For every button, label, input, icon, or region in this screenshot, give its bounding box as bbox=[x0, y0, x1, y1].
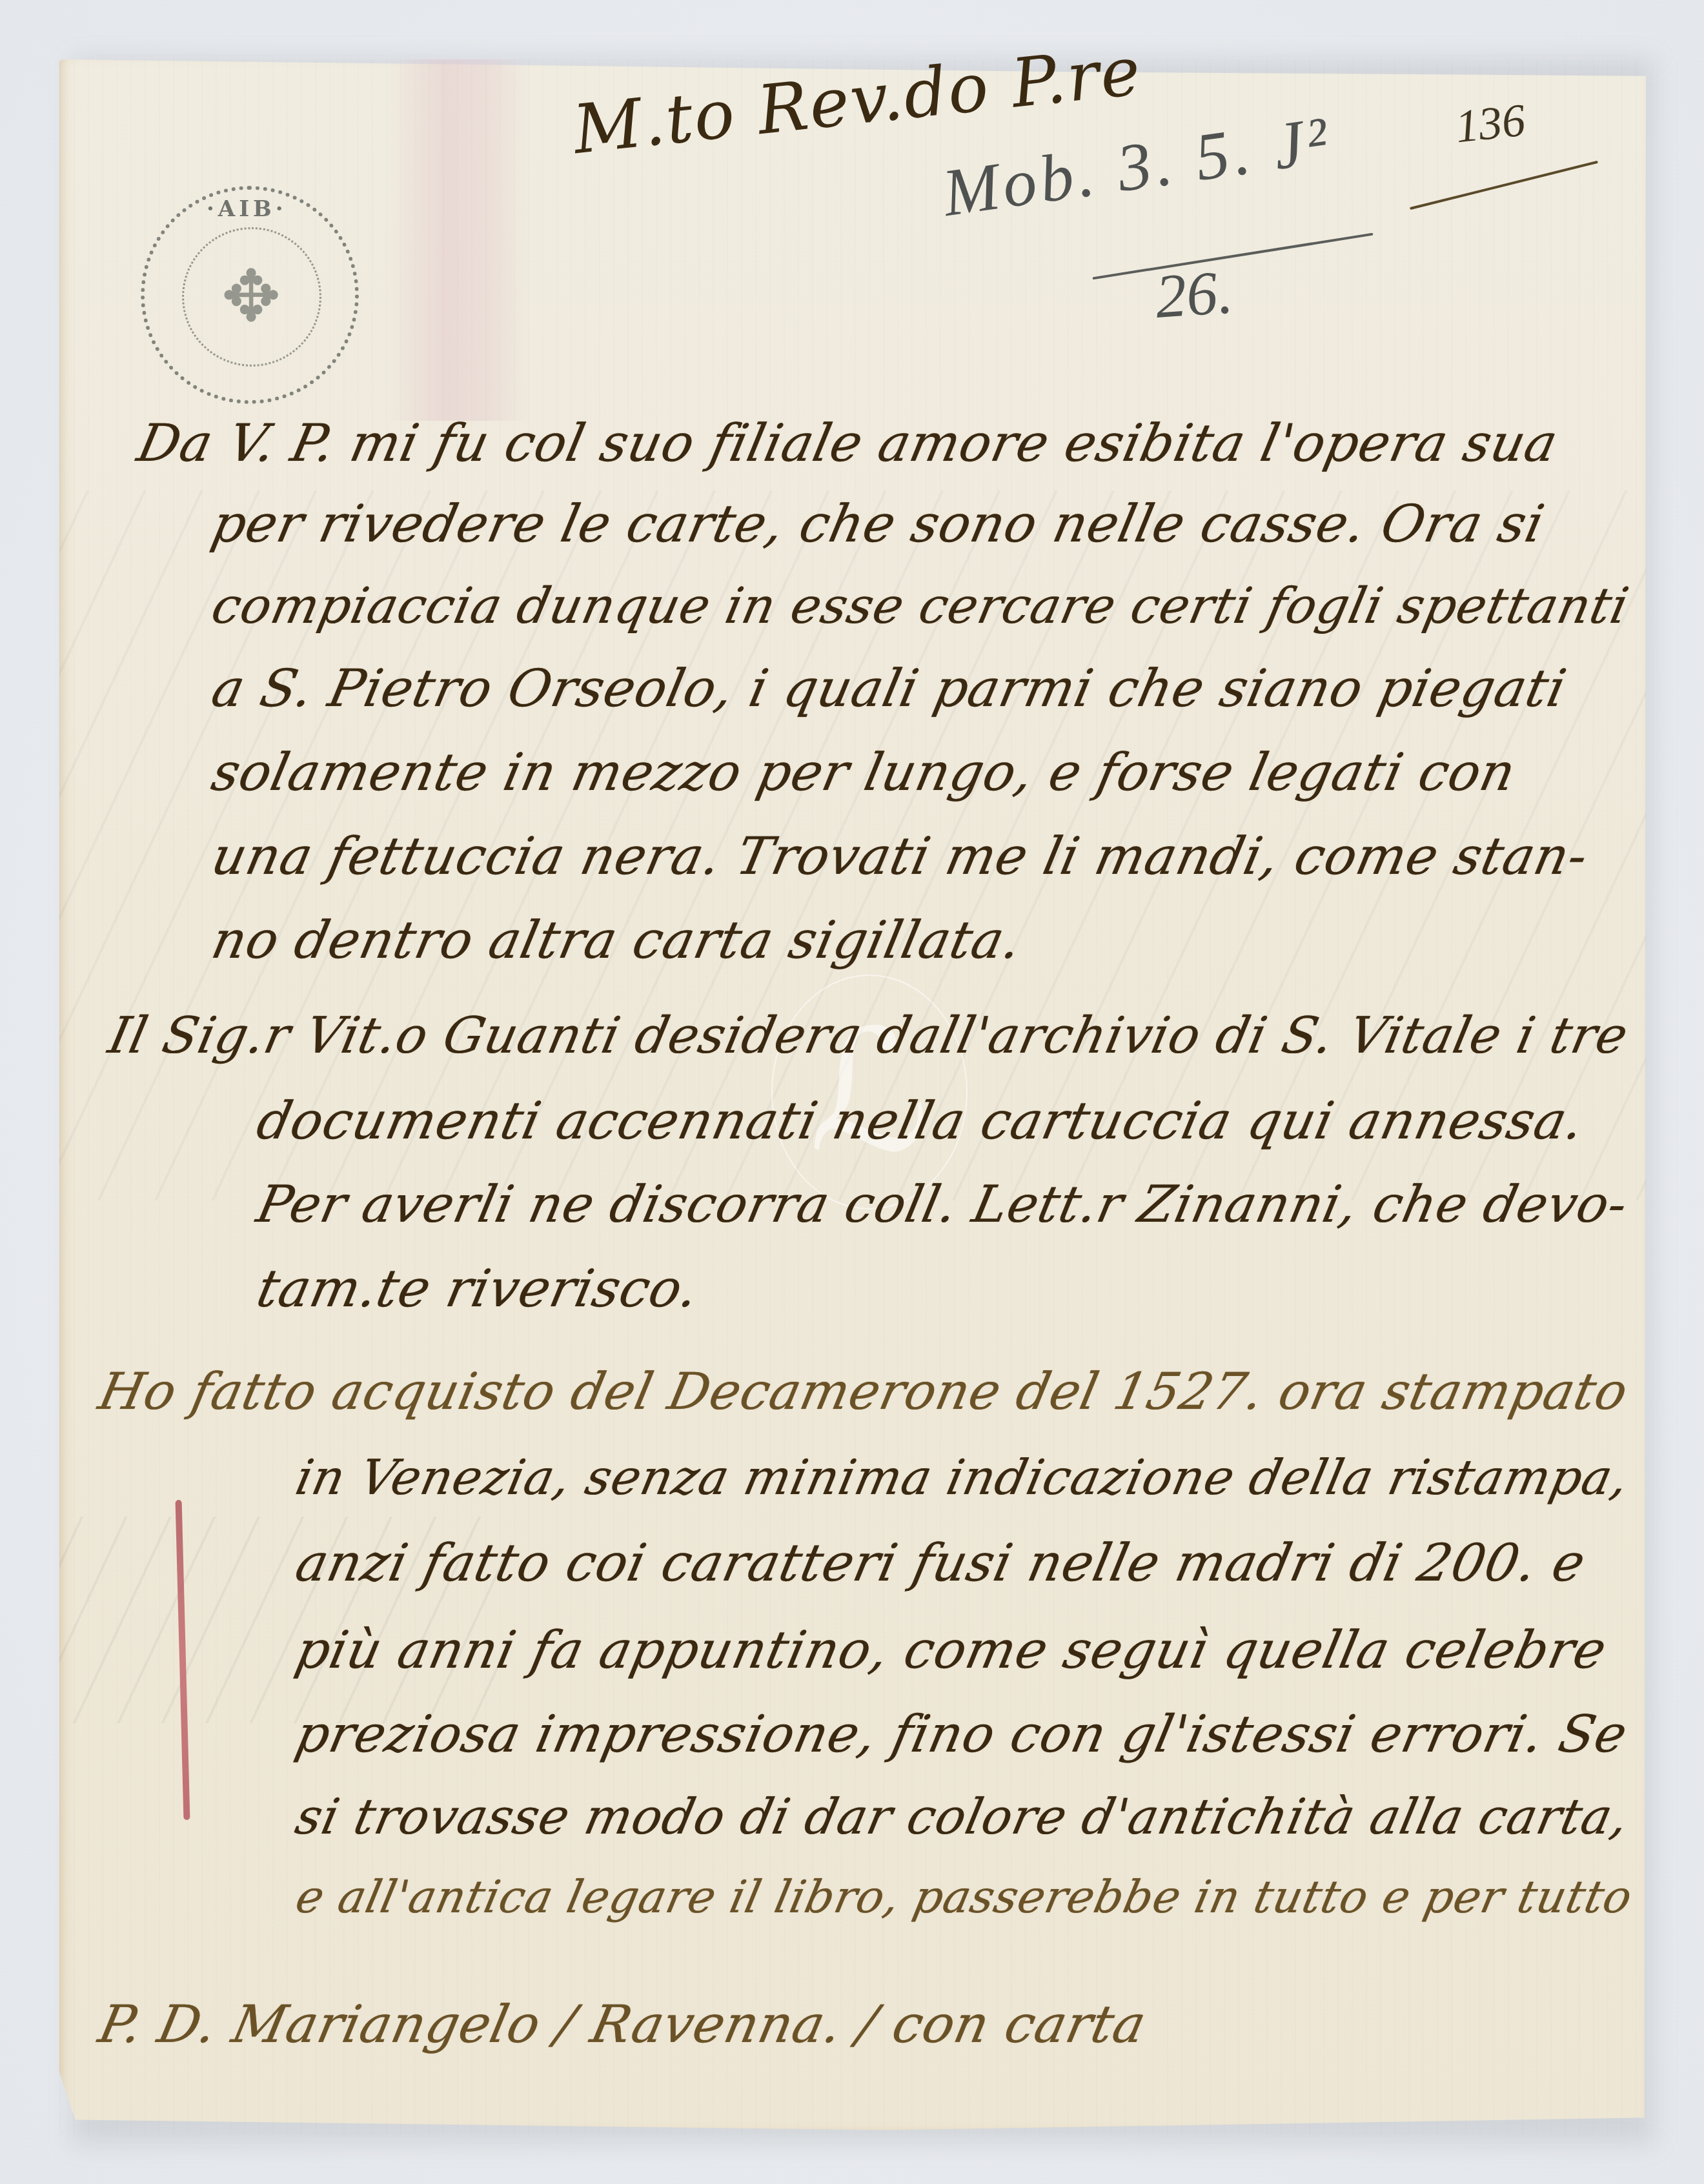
letter-line-17: si trovasse modo di dar colore d'antichi… bbox=[291, 1788, 1634, 1845]
library-stamp: ✥ ·ΑΙΒ· bbox=[141, 186, 359, 404]
letter-line-9: documenti accennati nella cartuccia qui … bbox=[252, 1091, 1590, 1151]
letter-line-5: solamente in mezzo per lungo, e forse le… bbox=[207, 742, 1521, 802]
letter-line-13: in Venezia, senza minima indicazione del… bbox=[291, 1449, 1634, 1506]
stamp-emblem-icon: ✥ bbox=[212, 251, 290, 341]
shelfmark-number: 26. bbox=[1153, 256, 1235, 332]
letter-line-3: compiaccia dunque in esse cercare certi … bbox=[207, 578, 1634, 635]
letter-line-12: Ho fatto acquisto del Decamerone del 152… bbox=[94, 1362, 1633, 1421]
pink-stain bbox=[387, 59, 529, 421]
letter-line-10: Per averli ne discorra coll. Lett.r Zina… bbox=[252, 1175, 1633, 1234]
letter-line-8: Il Sig.r Vit.o Guanti desidera dall'arch… bbox=[103, 1007, 1633, 1065]
letter-line-11: tam.te riverisco. bbox=[252, 1259, 704, 1319]
letter-line-14: anzi fatto coi caratteri fusi nelle madr… bbox=[290, 1533, 1591, 1593]
letter-line-4: a S. Pietro Orseolo, i quali parmi che s… bbox=[207, 658, 1572, 718]
addressee-line: P. D. Mariangelo / Ravenna. / con carta bbox=[94, 1994, 1151, 2054]
letter-line-16: preziosa impressione, fino con gl'istess… bbox=[290, 1704, 1633, 1764]
letter-line-18: e all'antica legare il libro, passerebbe… bbox=[291, 1872, 1637, 1923]
letter-line-2: per rivedere le carte, che sono nelle ca… bbox=[207, 494, 1550, 554]
letter-line-7: no dentro altra carta sigillata. bbox=[207, 910, 1027, 970]
letter-line-1: Da V. P. mi fu col suo filiale amore esi… bbox=[132, 413, 1563, 473]
stamp-lettering: ·ΑΙΒ· bbox=[207, 196, 287, 222]
letter-line-6: una fettuccia nera. Trovati me li mandi,… bbox=[207, 826, 1594, 886]
letter-line-15: più anni fa appuntino, come seguì quella… bbox=[290, 1620, 1612, 1680]
folio-number: 136 bbox=[1453, 94, 1528, 154]
